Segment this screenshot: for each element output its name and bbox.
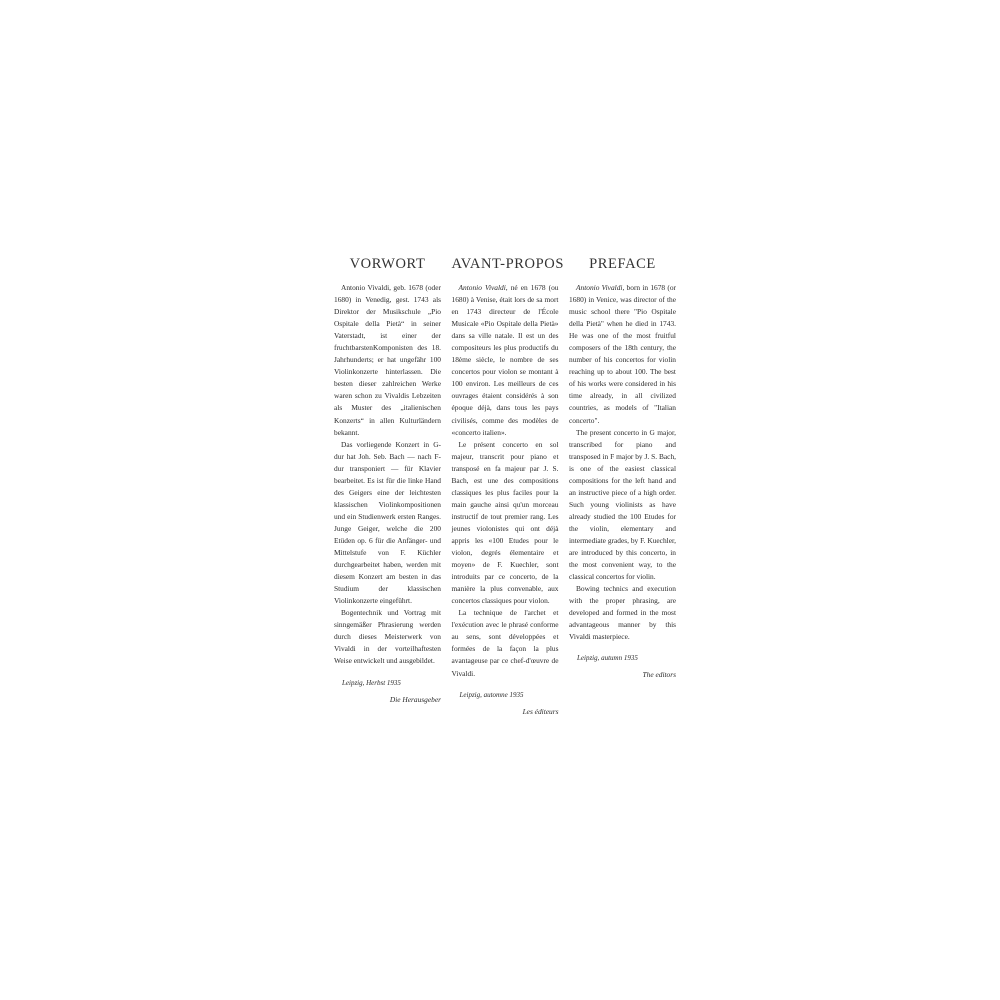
paragraph-fr-1-text: , né en 1678 (ou 1680) à Venise, était l… — [452, 283, 559, 437]
column-german: VORWORT Antonio Vivaldi, geb. 1678 (oder… — [334, 256, 441, 718]
signature-de: Die Herausgeber — [334, 694, 441, 706]
three-language-columns: VORWORT Antonio Vivaldi, geb. 1678 (oder… — [334, 256, 676, 718]
composer-name-fr: Antonio Vivaldi — [459, 283, 506, 292]
paragraph-en-2: The present concerto in G major, transcr… — [569, 427, 676, 584]
preface-page: VORWORT Antonio Vivaldi, geb. 1678 (oder… — [334, 256, 676, 718]
column-french: AVANT-PROPOS Antonio Vivaldi, né en 1678… — [452, 256, 559, 718]
paragraph-de-3: Bogentechnik und Vortrag mit sinngemäßer… — [334, 607, 441, 667]
heading-avant-propos: AVANT-PROPOS — [452, 256, 559, 273]
paragraph-fr-3: La technique de l'archet et l'exécution … — [452, 607, 559, 679]
paragraph-de-1: Antonio Vivaldi, geb. 1678 (oder 1680) i… — [334, 282, 441, 439]
signature-en: The editors — [569, 669, 676, 681]
paragraph-fr-2: Le présent concerto en sol majeur, trans… — [452, 439, 559, 608]
signature-fr: Les éditeurs — [452, 706, 559, 718]
paragraph-en-1: Antonio Vivaldi, born in 1678 (or 1680) … — [569, 282, 676, 427]
paragraph-en-3: Bowing technics and execution with the p… — [569, 583, 676, 643]
place-date-en: Leipzig, autumn 1935 — [569, 652, 676, 664]
composer-name-en: Antonio Vivaldi — [576, 283, 622, 292]
place-date-de: Leipzig, Herbst 1935 — [334, 677, 441, 689]
place-date-fr: Leipzig, automne 1935 — [452, 689, 559, 701]
heading-vorwort: VORWORT — [334, 256, 441, 273]
column-english: PREFACE Antonio Vivaldi, born in 1678 (o… — [569, 256, 676, 718]
heading-preface: PREFACE — [569, 256, 676, 273]
paragraph-en-1-text: , born in 1678 (or 1680) in Venice, was … — [569, 283, 676, 425]
paragraph-de-2: Das vorliegende Konzert in G-dur hat Joh… — [334, 439, 441, 608]
paragraph-fr-1: Antonio Vivaldi, né en 1678 (ou 1680) à … — [452, 282, 559, 439]
